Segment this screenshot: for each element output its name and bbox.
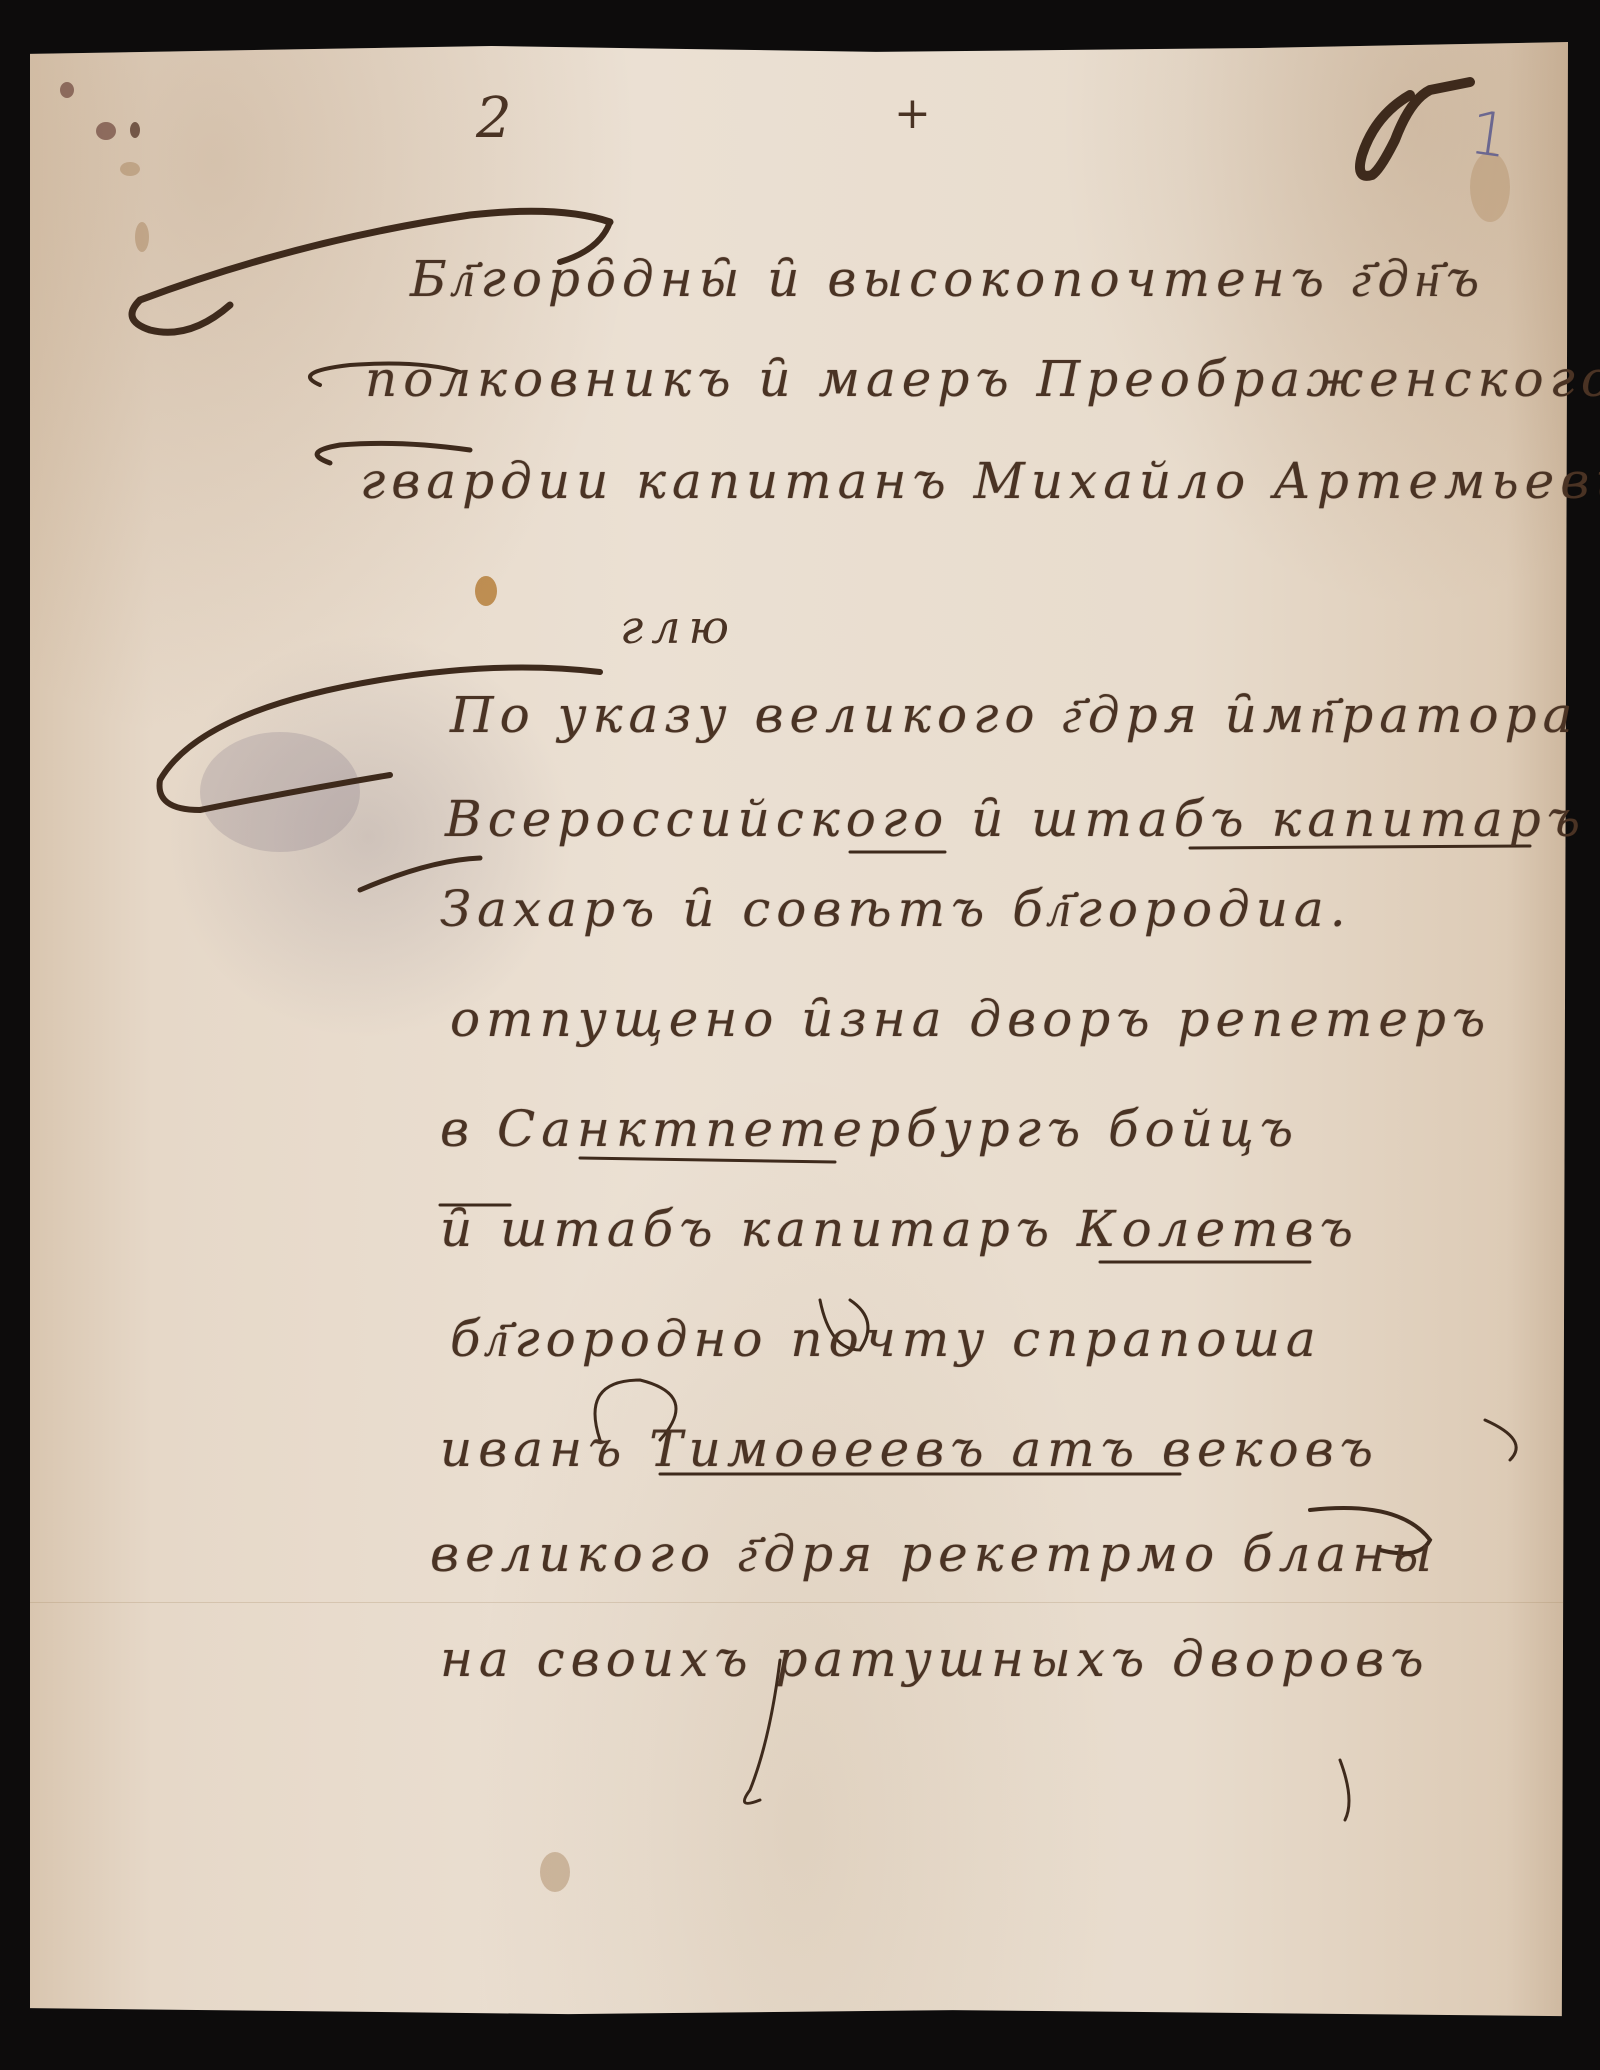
- body-line-6: и̑ штабъ капитаръ Колетвъ: [0, 1200, 1600, 1258]
- body-line-3: Захаръ и̑ совѣтъ бл҃городиа.: [0, 880, 1600, 938]
- body-line-9: великого г҃дря рекетрмо бланы: [0, 1525, 1600, 1583]
- body-line-5: в Санктпетербургъ бойцъ: [0, 1100, 1600, 1158]
- salutation-abbreviation: глю: [620, 600, 737, 654]
- body-line-7: бл҃городно почту спрапоша: [0, 1310, 1600, 1368]
- body-line-4: отпущено и̑зна дворъ репетеръ: [0, 990, 1600, 1048]
- address-line-1: Бл҃горо̑дны̑ и̑ высокопочтенъ г҃дн҃ъ: [0, 250, 1600, 308]
- body-line-8: иванъ Тимоѳеевъ атъ вековъ: [0, 1420, 1600, 1478]
- body-line-1: По указу великого г҃дря и̑мп҃ратора: [0, 686, 1600, 744]
- body-line-2: Всероссийского и̑ штабъ капитаръ: [0, 790, 1600, 848]
- body-line-10: на своихъ ратушныхъ дворовъ: [0, 1630, 1600, 1688]
- address-line-2: полковникъ и̑ маеръ Преображенского: [0, 350, 1600, 408]
- address-line-3: гвардии капитанъ Михайло Артемьевичъ: [0, 452, 1600, 510]
